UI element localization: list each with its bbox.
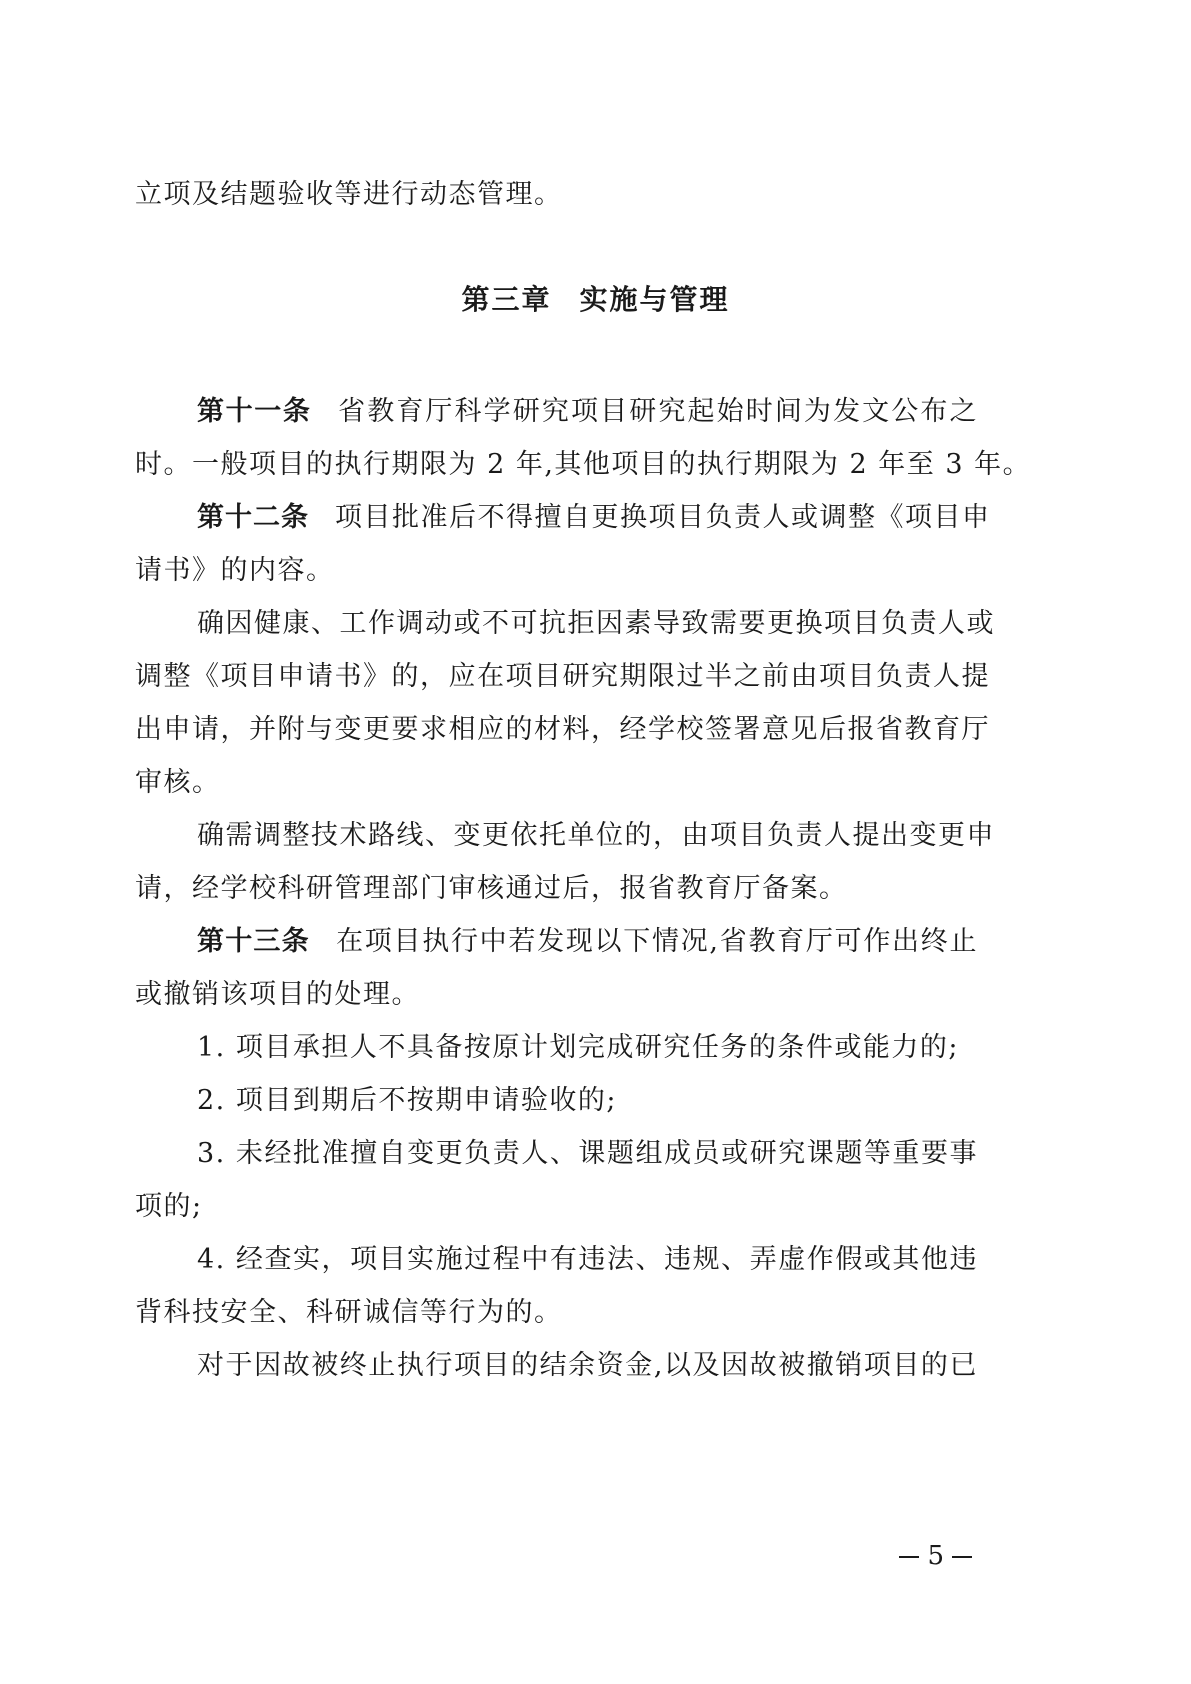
article-11-text: 省教育厅科学研究项目研究起始时间为发文公布之: [337, 396, 978, 427]
article-12-label: 第十二条: [197, 502, 309, 533]
page-number: 5: [880, 1538, 980, 1574]
list-item-number: 2.: [197, 1085, 226, 1116]
article-13-label: 第十三条: [197, 926, 310, 957]
article-12-para2-line-1: 确因健康、工作调动或不可抗拒因素导致需要更换项目负责人或: [197, 604, 978, 644]
list-item-text: 经查实，项目实施过程中有违法、违规、弄虚作假或其他违: [236, 1244, 978, 1275]
page-number-value: 5: [927, 1541, 944, 1571]
chapter-number: 第三章: [461, 283, 551, 316]
article-11-line-1: 第十一条省教育厅科学研究项目研究起始时间为发文公布之: [197, 392, 978, 432]
list-item-number: 4.: [197, 1244, 226, 1275]
list-item-3: 3. 未经批准擅自变更负责人、课题组成员或研究课题等重要事: [197, 1134, 978, 1174]
article-13-closing-line-1: 对于因故被终止执行项目的结余资金,以及因故被撤销项目的已: [197, 1346, 978, 1386]
list-item-text: 未经批准擅自变更负责人、课题组成员或研究课题等重要事: [236, 1138, 978, 1169]
continuation-text: 立项及结题验收等进行动态管理。: [135, 175, 978, 215]
article-12-para3-line-1: 确需调整技术路线、变更依托单位的，由项目负责人提出变更申: [197, 816, 978, 856]
list-item-2: 2. 项目到期后不按期申请验收的;: [197, 1081, 978, 1121]
list-item-number: 1.: [197, 1032, 226, 1063]
dash-right: [952, 1556, 972, 1558]
list-item-1: 1. 项目承担人不具备按原计划完成研究任务的条件或能力的;: [197, 1028, 978, 1068]
article-13-line-2: 或撤销该项目的处理。: [135, 975, 978, 1015]
article-11-line-2: 时。一般项目的执行期限为 2 年,其他项目的执行期限为 2 年至 3 年。: [135, 445, 978, 485]
list-item-4-continuation: 背科技安全、科研诚信等行为的。: [135, 1293, 978, 1333]
dash-left: [899, 1556, 919, 1558]
article-12-line-2: 请书》的内容。: [135, 551, 978, 591]
list-item-4: 4. 经查实，项目实施过程中有违法、违规、弄虚作假或其他违: [197, 1240, 978, 1280]
article-12-line-1: 第十二条项目批准后不得擅自更换项目负责人或调整《项目申: [197, 498, 978, 538]
article-12-para3-line-2: 请，经学校科研管理部门审核通过后，报省教育厅备案。: [135, 869, 978, 909]
list-item-text: 项目承担人不具备按原计划完成研究任务的条件或能力的;: [236, 1032, 959, 1063]
article-12-para2-line-3: 出申请，并附与变更要求相应的材料，经学校签署意见后报省教育厅: [135, 710, 978, 750]
list-item-number: 3.: [197, 1138, 226, 1169]
article-11-label: 第十一条: [197, 396, 311, 427]
article-13-text: 在项目执行中若发现以下情况,省教育厅可作出终止: [336, 926, 978, 957]
article-13-line-1: 第十三条在项目执行中若发现以下情况,省教育厅可作出终止: [197, 922, 978, 962]
list-item-3-continuation: 项的;: [135, 1187, 978, 1227]
list-item-text: 项目到期后不按期申请验收的;: [236, 1085, 617, 1116]
document-page: 立项及结题验收等进行动态管理。 第三章实施与管理 第十一条省教育厅科学研究项目研…: [0, 0, 1191, 1684]
article-12-para2-line-4: 审核。: [135, 763, 978, 803]
chapter-heading: 第三章实施与管理: [0, 280, 1191, 320]
article-12-text: 项目批准后不得擅自更换项目负责人或调整《项目申: [335, 502, 991, 533]
chapter-title: 实施与管理: [580, 283, 730, 316]
article-12-para2-line-2: 调整《项目申请书》的，应在项目研究期限过半之前由项目负责人提: [135, 657, 978, 697]
